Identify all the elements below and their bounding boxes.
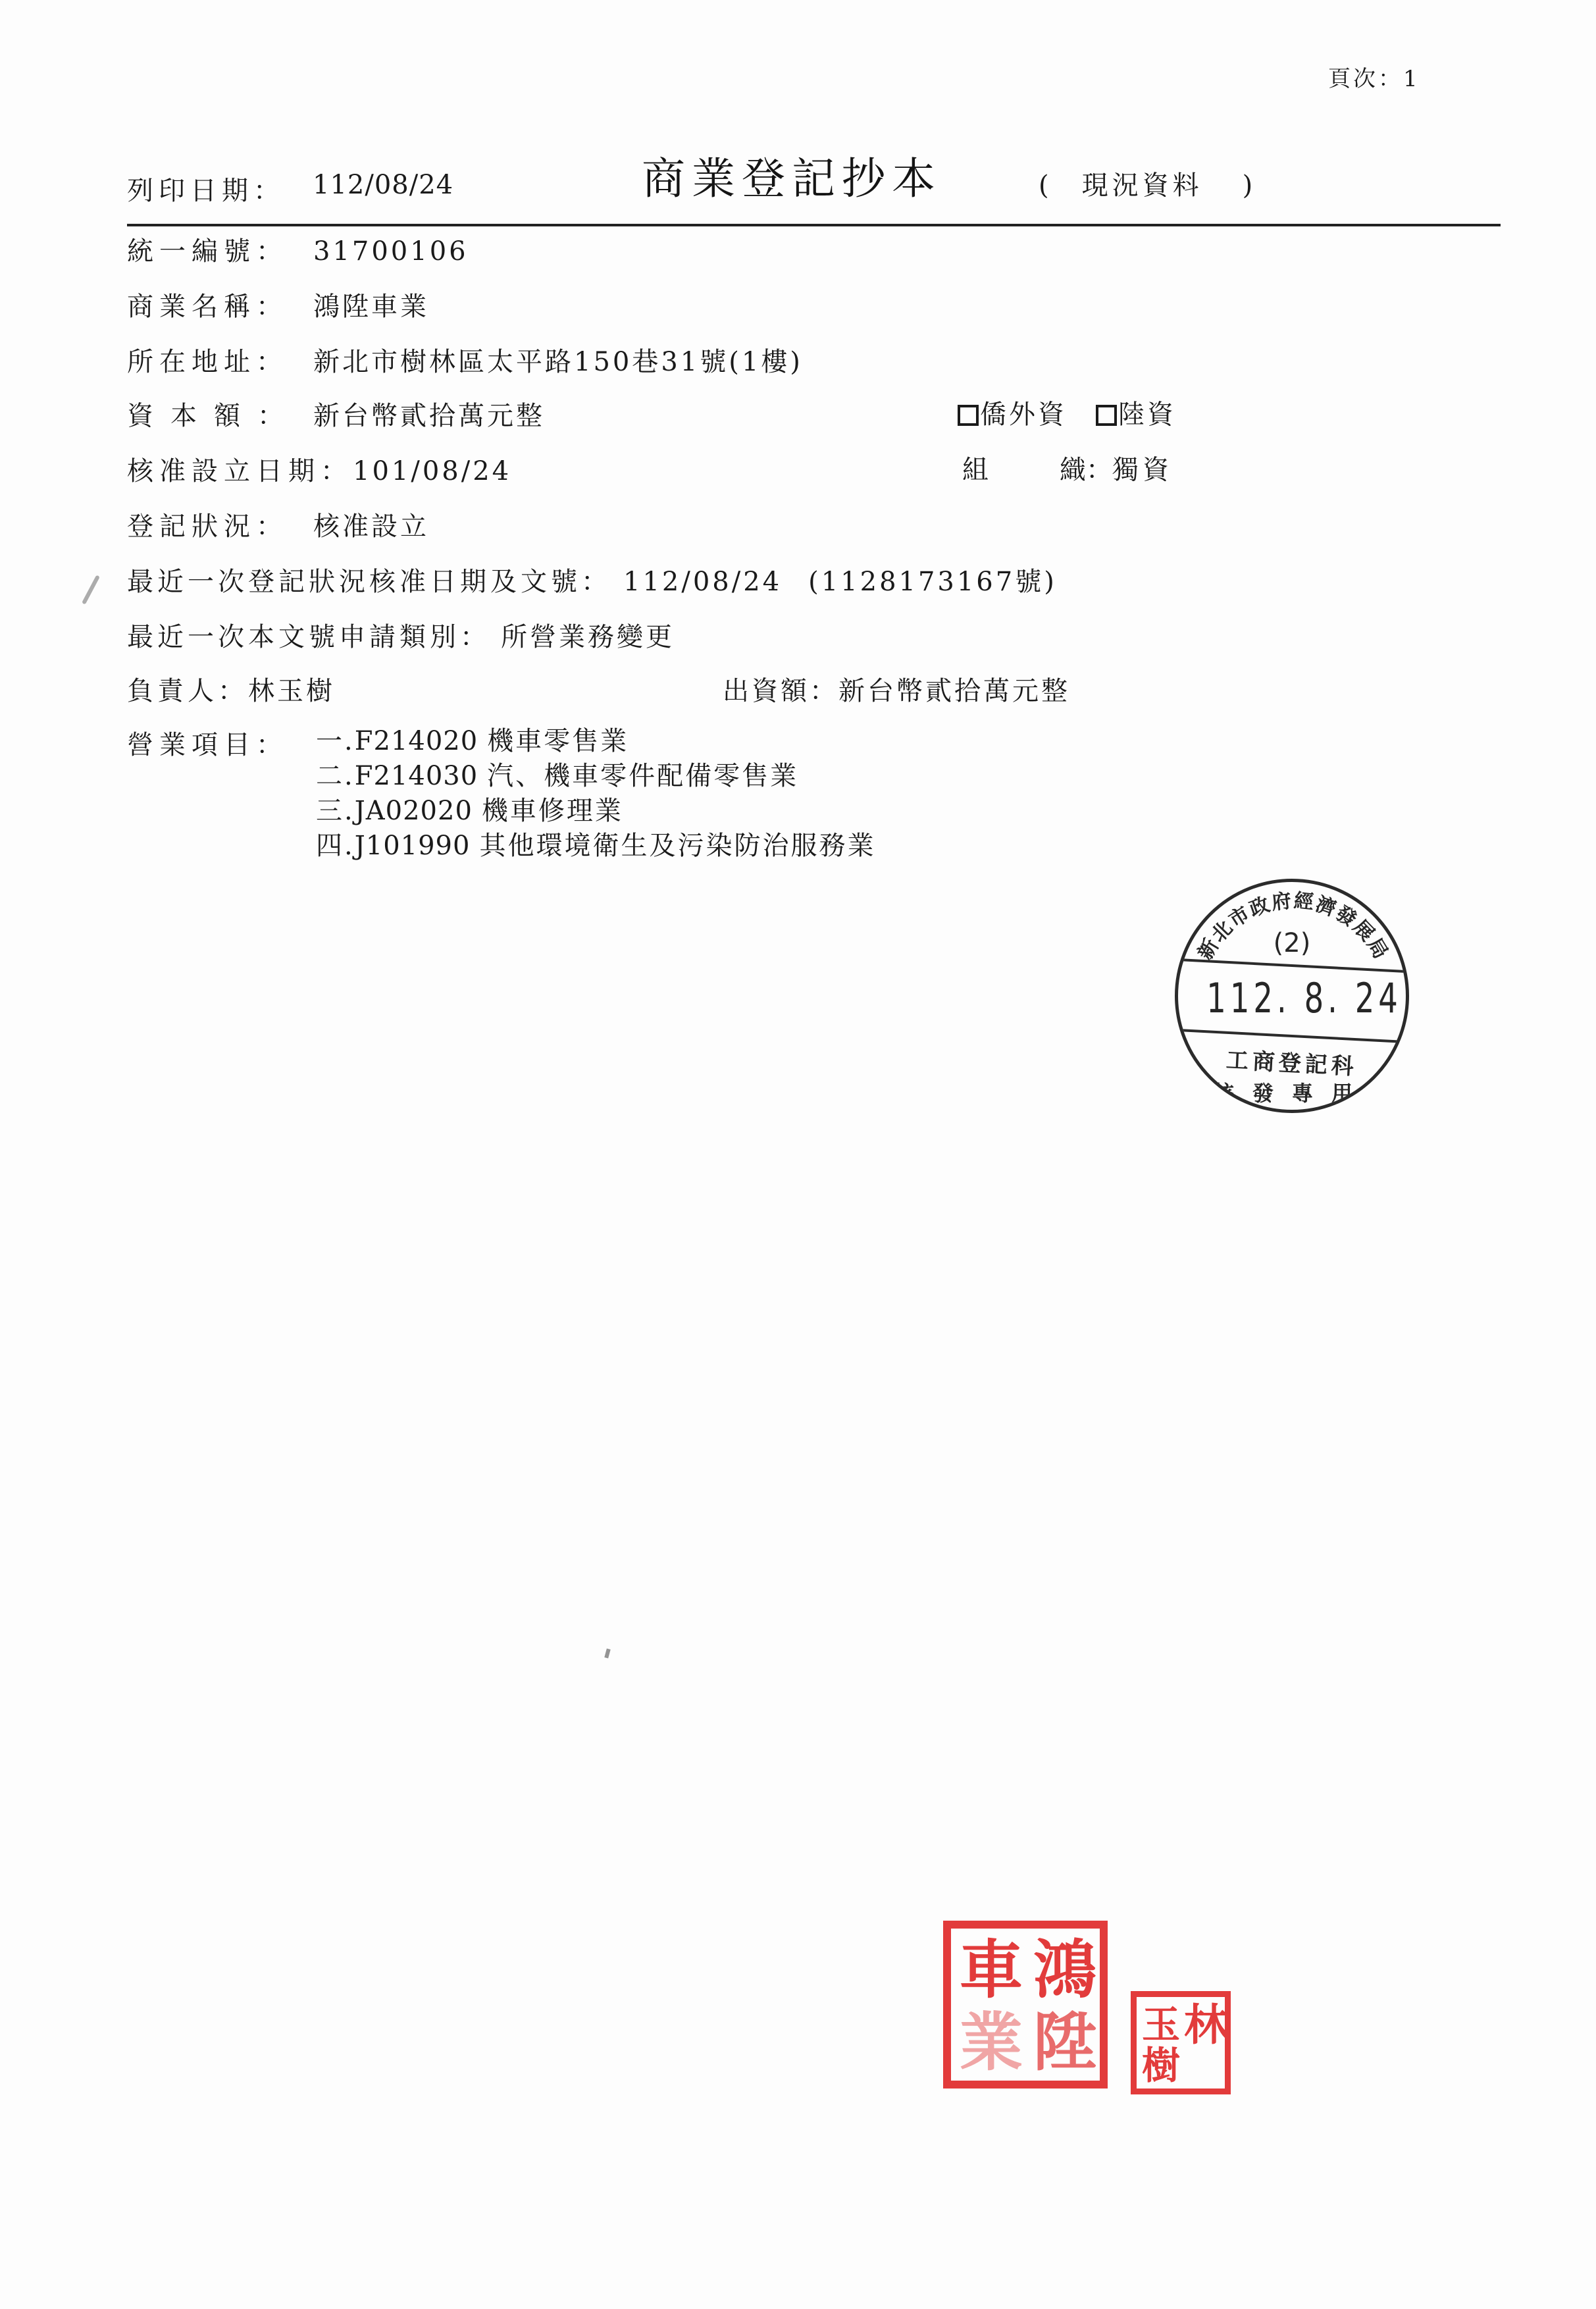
foreign-capital-label: 僑外資: [980, 400, 1067, 430]
business-item-name: 汽、機車零件配備零售業: [487, 761, 798, 791]
business-item: 二.F214030汽、機車零件配備零售業: [316, 759, 875, 794]
stamp-usage: 核發專用: [1178, 1077, 1406, 1107]
approval-date-row: 核准設立日期：101/08/24: [127, 450, 511, 488]
header-divider: [127, 224, 1501, 226]
business-item-name: 其他環境衛生及污染防治服務業: [479, 831, 875, 861]
business-item-index: 三.: [316, 796, 355, 826]
company-seal-char: 鴻: [1029, 1934, 1101, 2006]
last-approval-row: 最近一次登記狀況核准日期及文號：112/08/24(1128173167號): [127, 561, 1057, 598]
address-row: 所在地址：新北市樹林區太平路150巷31號(1樓): [127, 341, 803, 378]
uniform-number-row: 統一編號：31700106: [127, 230, 469, 268]
organization-row: 組織：獨資: [962, 449, 1173, 486]
investment-row: 出資額：新台幣貳拾萬元整: [723, 670, 1070, 708]
business-item-code: JA02020: [355, 796, 473, 826]
business-item-code: J101990: [355, 831, 471, 861]
investment-label: 出資額：: [723, 676, 838, 706]
last-application-type-value: 所營業務變更: [501, 622, 675, 652]
address-label: 所在地址：: [127, 341, 313, 378]
business-item-code: F214020: [355, 726, 478, 756]
last-approval-label: 最近一次登記狀況核准日期及文號：: [127, 567, 611, 597]
approval-date-value: 101/08/24: [353, 456, 511, 486]
approval-date-label: 核准設立日期：: [127, 456, 353, 486]
print-date-value: 112/08/24: [313, 170, 453, 200]
last-approval-date: 112/08/24: [623, 567, 782, 597]
business-name-value: 鴻陞車業: [313, 292, 429, 322]
organization-label-a: 組: [962, 449, 1060, 486]
owner-seal-char: 樹: [1142, 2044, 1180, 2087]
business-item-index: 二.: [316, 761, 355, 791]
organization-value: 獨資: [1112, 455, 1173, 485]
owner-seal: 林 玉 樹: [1131, 1991, 1231, 2094]
last-approval-doc-number: (1128173167號): [808, 567, 1057, 597]
last-application-type-row: 最近一次本文號申請類別：所營業務變更: [127, 616, 675, 654]
investment-value: 新台幣貳拾萬元整: [838, 676, 1070, 706]
business-name-label: 商業名稱：: [127, 286, 313, 323]
status-tag-open: (: [1039, 170, 1049, 201]
address-value: 新北市樹林區太平路150巷31號(1樓): [313, 347, 803, 377]
stamp-number: (2): [1178, 928, 1406, 958]
business-items-label: 營業項目：: [127, 724, 288, 762]
status-tag-text: 現況資料: [1082, 165, 1203, 202]
business-item-index: 一.: [316, 726, 355, 756]
business-item-name: 機車零售業: [487, 726, 629, 756]
pen-mark: [82, 575, 100, 604]
stamp-date: 112. 8. 24: [1206, 974, 1377, 1022]
scan-speck: [604, 1648, 610, 1658]
owner-value: 林玉樹: [248, 676, 335, 706]
business-item: 一.F214020機車零售業: [316, 724, 875, 759]
registration-status-value: 核准設立: [313, 511, 429, 542]
registration-status-label: 登記狀況：: [127, 506, 313, 543]
business-items-list: 一.F214020機車零售業二.F214030汽、機車零件配備零售業三.JA02…: [316, 724, 875, 864]
business-item-name: 機車修理業: [482, 796, 623, 826]
capital-row: 資本額：新台幣貳拾萬元整: [127, 395, 545, 432]
business-item: 三.JA02020機車修理業: [316, 794, 875, 829]
registration-status-row: 登記狀況：核准設立: [127, 506, 429, 543]
capital-origin-checkboxes: 僑外資陸資: [958, 394, 1176, 431]
owner-seal-char: 玉: [1142, 2004, 1180, 2046]
owner-row: 負責人：林玉樹: [127, 670, 335, 708]
foreign-capital-checkbox[interactable]: [958, 405, 979, 426]
capital-label: 資本額：: [127, 395, 313, 432]
uniform-number-label: 統一編號：: [127, 230, 313, 268]
business-name-row: 商業名稱：鴻陞車業: [127, 286, 429, 323]
company-seal-char: 業: [955, 2006, 1027, 2079]
mainland-capital-label: 陸資: [1118, 400, 1176, 430]
owner-label: 負責人：: [127, 676, 248, 706]
status-tag-close: ): [1243, 170, 1253, 201]
business-item-index: 四.: [316, 831, 355, 861]
company-seal-char: 陞: [1029, 2006, 1101, 2079]
print-date-label: 列印日期：: [127, 170, 285, 207]
uniform-number-value: 31700106: [313, 236, 469, 267]
page-number: 頁次：1: [1328, 61, 1420, 93]
company-seal: 鴻 陞 車 業: [943, 1921, 1108, 2088]
business-item: 四.J101990其他環境衛生及污染防治服務業: [316, 829, 875, 864]
data-status-tag: (現況資料): [1039, 165, 1252, 202]
business-item-code: F214030: [355, 761, 478, 791]
capital-value: 新台幣貳拾萬元整: [313, 401, 545, 431]
official-round-stamp: 新北市政府經濟發展局 (2) 112. 8. 24 工商登記科 核發專用: [1175, 879, 1409, 1113]
mainland-capital-checkbox[interactable]: [1096, 405, 1117, 426]
last-application-type-label: 最近一次本文號申請類別：: [127, 622, 490, 652]
company-seal-char: 車: [955, 1934, 1027, 2006]
document-title: 商業登記抄本: [642, 143, 942, 206]
owner-seal-char: 林: [1184, 2004, 1227, 2046]
organization-label-b: 織：: [1060, 455, 1112, 485]
